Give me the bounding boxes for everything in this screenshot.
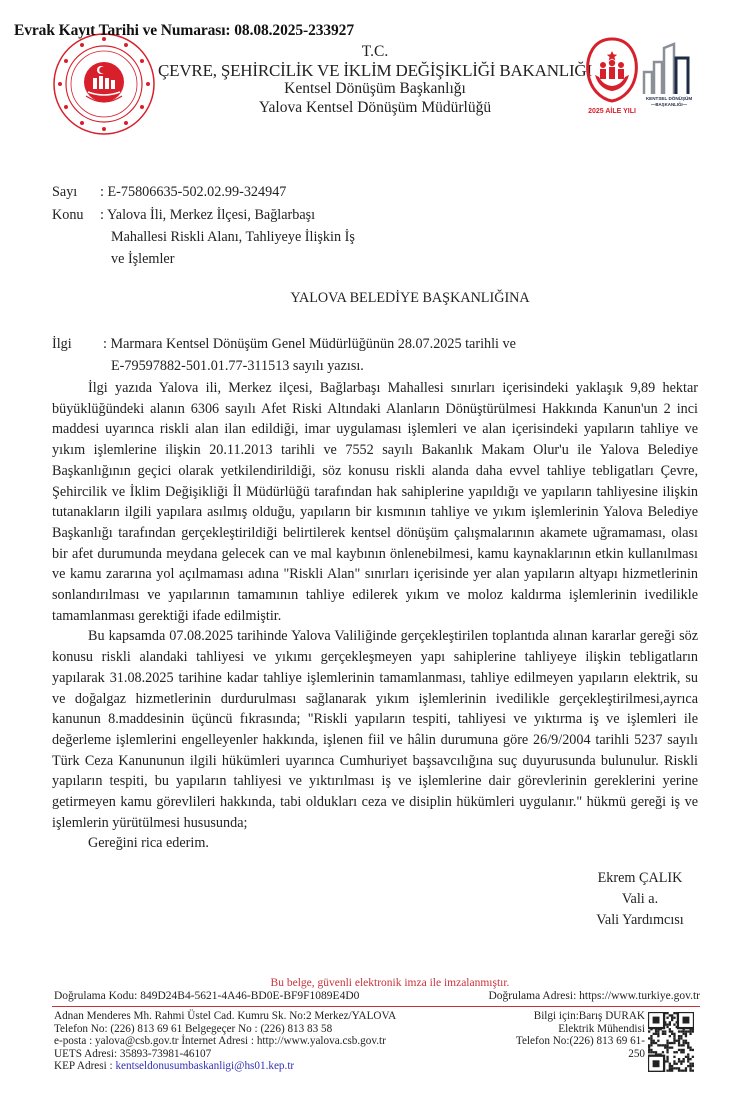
qr-code-icon[interactable] xyxy=(648,1012,694,1072)
info-contact-name: Bilgi için:Barış DURAK xyxy=(516,1010,645,1023)
konu-label: Konu xyxy=(52,204,84,226)
sayi-label: Sayı xyxy=(52,181,77,203)
sayi-value: : E-75806635-502.02.99-324947 xyxy=(100,181,286,203)
signature-block: Ekrem ÇALIK Vali a. Vali Yardımcısı xyxy=(580,868,700,931)
kentsel-donusum-baskanligi-logo-icon: KENTSEL DÖNÜŞÜM —BAŞKANLIĞI— xyxy=(640,38,698,110)
kep-label: KEP Adresi : xyxy=(54,1060,115,1072)
konu-line-2: Mahallesi Riskli Alanı, Tahliyeye İlişki… xyxy=(111,226,355,248)
kep-address-link[interactable]: kentseldonusumbaskanligi@hs01.kep.tr xyxy=(115,1060,294,1072)
ministry-seal-icon xyxy=(52,32,156,136)
addressee: YALOVA BELEDİYE BAŞKANLIĞINA xyxy=(0,290,750,307)
kep-line: KEP Adresi : kentseldonusumbaskanligi@hs… xyxy=(54,1060,396,1073)
phone-fax-line: Telefon No: (226) 813 69 61 Belgegeçer N… xyxy=(54,1023,396,1036)
info-contact-title: Elektrik Mühendisi xyxy=(516,1023,645,1036)
department-name: Kentsel Dönüşüm Başkanlığı xyxy=(150,80,600,99)
body-paragraph-2: Bu kapsamda 07.08.2025 tarihinde Yalova … xyxy=(52,626,698,833)
uets-line: UETS Adresi: 35893-73981-46107 xyxy=(54,1048,396,1061)
closing-line: Gereğini rica ederim. xyxy=(52,833,698,854)
footer-contact-address: Adnan Menderes Mh. Rahmi Üstel Cad. Kumr… xyxy=(54,1010,396,1073)
verification-address-link[interactable]: Doğrulama Adresi: https://www.turkiye.go… xyxy=(488,990,700,1002)
footer-divider xyxy=(52,1006,700,1007)
ilgi-line-1: : Marmara Kentsel Dönüşüm Genel Müdürlüğ… xyxy=(103,333,516,355)
ministry-name: ÇEVRE, ŞEHİRCİLİK VE İKLİM DEĞİŞİKLİĞİ B… xyxy=(150,62,600,81)
esignature-notice: Bu belge, güvenli elektronik imza ile im… xyxy=(0,977,750,989)
verification-code: Doğrulama Kodu: 849D24B4-5621-4A46-BD0E-… xyxy=(54,990,359,1002)
ilgi-label: İlgi xyxy=(52,333,72,355)
document-registry-number: Evrak Kayıt Tarihi ve Numarası: 08.08.20… xyxy=(14,22,354,40)
footer-info-contact: Bilgi için:Barış DURAK Elektrik Mühendis… xyxy=(516,1010,645,1060)
verification-row: Doğrulama Kodu: 849D24B4-5621-4A46-BD0E-… xyxy=(54,990,700,1004)
2025-aile-yili-logo-icon: 2025 AİLE YILI xyxy=(583,35,641,117)
address-line: Adnan Menderes Mh. Rahmi Üstel Cad. Kumr… xyxy=(54,1010,396,1023)
konu-line-3: ve İşlemler xyxy=(111,248,174,270)
info-contact-phone: Telefon No:(226) 813 69 61- xyxy=(516,1035,645,1048)
letterhead: T.C. ÇEVRE, ŞEHİRCİLİK VE İKLİM DEĞİŞİKL… xyxy=(150,43,600,117)
ilgi-line-2: E-79597882-501.01.77-311513 sayılı yazıs… xyxy=(111,355,364,377)
svg-text:KENTSEL DÖNÜŞÜM: KENTSEL DÖNÜŞÜM xyxy=(646,95,693,101)
directorate-name: Yalova Kentsel Dönüşüm Müdürlüğü xyxy=(150,99,600,118)
letter-body: İlgi yazıda Yalova ili, Merkez ilçesi, B… xyxy=(52,378,698,854)
info-contact-ext: 250 xyxy=(516,1048,645,1061)
email-web-line: e-posta : yalova@csb.gov.tr İnternet Adr… xyxy=(54,1035,396,1048)
signer-name: Ekrem ÇALIK xyxy=(580,868,700,889)
svg-text:—BAŞKANLIĞI—: —BAŞKANLIĞI— xyxy=(651,102,688,107)
country-label: T.C. xyxy=(150,43,600,62)
signer-title: Vali Yardımcısı xyxy=(580,910,700,931)
svg-text:2025 AİLE YILI: 2025 AİLE YILI xyxy=(588,107,636,115)
signer-on-behalf: Vali a. xyxy=(580,889,700,910)
body-paragraph-1: İlgi yazıda Yalova ili, Merkez ilçesi, B… xyxy=(52,378,698,626)
konu-line-1: : Yalova İli, Merkez İlçesi, Bağlarbaşı xyxy=(100,204,315,226)
